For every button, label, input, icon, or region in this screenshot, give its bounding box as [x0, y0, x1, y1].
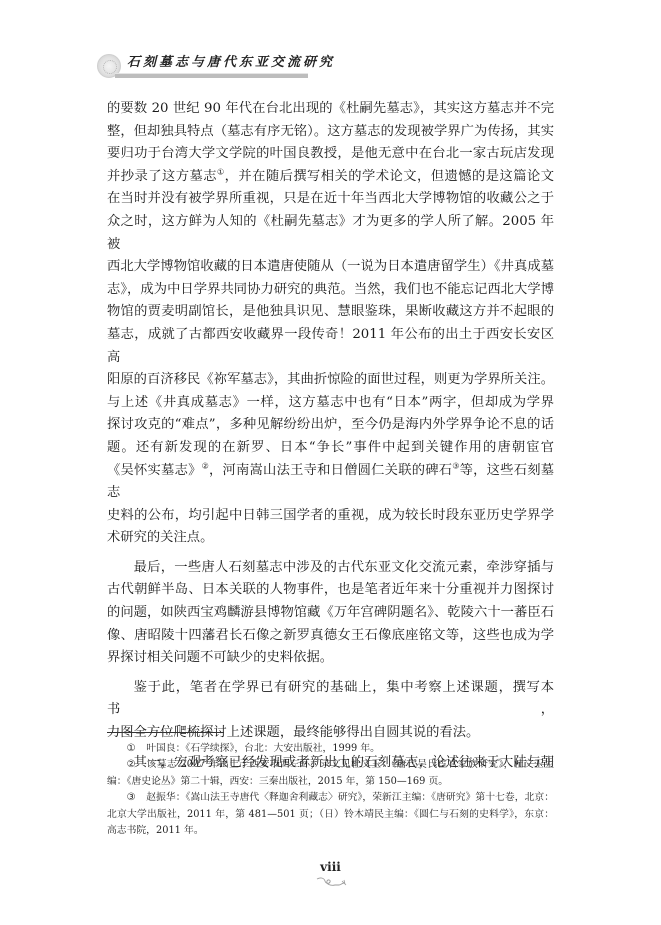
paragraph-line: 界探讨相关问题不可缺少的史料依据。	[107, 647, 554, 670]
body-line: 术研究的关注点。	[107, 527, 554, 550]
paragraph-line: 最后，一些唐人石刻墓志中涉及的古代东亚文化交流元素，牵涉穿插与	[107, 557, 554, 580]
body-line: 史料的公布，均引起中日韩三国学者的重视，成为较长时段东亚历史学界学	[107, 505, 554, 528]
header-rule	[115, 73, 308, 78]
body-text-span: 并抄录了这方墓志	[107, 169, 217, 184]
paragraph-line: 的问题，如陕西宝鸡麟游县博物馆藏《万年宫碑阴题名》、乾陵六十一蕃臣石	[107, 602, 554, 625]
running-header: 石刻墓志与唐代东亚交流研究	[97, 49, 312, 83]
footnote-ref-3[interactable]: ③	[452, 461, 459, 470]
body-line: 的要数 20 世纪 90 年代在台北出现的《杜嗣先墓志》，其实这方墓志并不完	[107, 98, 554, 121]
footnote-3: ③赵振华：《嵩山法王寺唐代〈释迦舍利藏志〉研究》，荣新江主编：《唐研究》第十七卷…	[107, 790, 554, 839]
body-line: 物馆的贾麦明副馆长，是他独具识见、慧眼鉴珠，果断收藏这方并不起眼的	[107, 301, 554, 324]
paragraph-line: 鉴于此，笔者在学界已有研究的基础上，集中考察上述课题，撰写本书，	[107, 677, 554, 722]
body-line: 并抄录了这方墓志①，并在随后撰写相关的学术论文，但遗憾的是这篇论文	[107, 166, 554, 189]
footnote-mark: ②	[127, 757, 147, 773]
body-line: 探讨攻克的“难点”，多种见解纷纷出炉，至今仍是海内外学界争论不息的话	[107, 414, 554, 437]
body-text-span: ，河南嵩山法王寺和日僧圆仁关联的碑石	[209, 463, 452, 478]
body-line: 墓志，成就了古都西安收藏界一段传奇！2011 年公布的出土于西安长安区高	[107, 324, 554, 369]
body-line: 阳原的百济移民《祢军墓志》，其曲折惊险的面世过程，则更为学界所关注。	[107, 369, 554, 392]
body-text: 的要数 20 世纪 90 年代在台北出现的《杜嗣先墓志》，其实这方墓志并不完 整…	[107, 98, 554, 774]
footnote-ref-1[interactable]: ①	[217, 167, 225, 176]
paragraph-line: 古代朝鲜半岛、日本关联的人物事件，也是笔者近年来十分重视并力图探讨	[107, 579, 554, 602]
body-line: 在当时并没有被学界所重视，只是在近十年当西北大学博物馆的收藏公之于	[107, 188, 554, 211]
footnote-1: ①叶国良：《石学续探》，台北：大安出版社，1999 年。	[107, 741, 554, 757]
footnote-separator	[107, 732, 224, 733]
footnote-text: 该墓志 2007 年出土于西安市西三环，录文见杜文玉：《唐代吴氏宦官家族研究》，…	[107, 759, 554, 786]
body-line: 题。还有新发现的在新罗、日本“争长”事件中起到关键作用的唐朝宦官	[107, 437, 554, 460]
footnote-text: 赵振华：《嵩山法王寺唐代〈释迦舍利藏志〉研究》，荣新江主编：《唐研究》第十七卷，…	[107, 792, 554, 836]
footnote-2: ②该墓志 2007 年出土于西安市西三环，录文见杜文玉：《唐代吴氏宦官家族研究》…	[107, 757, 554, 790]
body-line: 《吴怀实墓志》②，河南嵩山法王寺和日僧圆仁关联的碑石③等，这些石刻墓志	[107, 460, 554, 505]
body-line: 整，但却独具特点（墓志有序无铭）。这方墓志的发现被学界广为传扬，其实	[107, 121, 554, 144]
footnote-ref-2[interactable]: ②	[202, 461, 209, 470]
flourish-ornament-icon	[315, 876, 349, 888]
footnotes: ①叶国良：《石学续探》，台北：大安出版社，1999 年。 ②该墓志 2007 年…	[107, 741, 554, 839]
body-line: 要归功于台湾大学文学院的叶国良教授，是他无意中在台北一家古玩店发现	[107, 143, 554, 166]
footnote-mark: ③	[127, 790, 147, 806]
paragraph-line: 像、唐昭陵十四藩君长石像之新罗真德女王石像底座铭文等，这些也成为学	[107, 625, 554, 648]
page-number: viii	[0, 860, 661, 874]
body-line: 西北大学博物馆收藏的日本遣唐使随从（一说为日本遣唐留学生）《井真成墓	[107, 256, 554, 279]
body-text-span: ，并在随后撰写相关的学术论文，但遗憾的是这篇论文	[225, 169, 554, 184]
footnote-text: 叶国良：《石学续探》，台北：大安出版社，1999 年。	[146, 743, 380, 754]
body-text-span: 《吴怀实墓志》	[107, 463, 202, 478]
footnote-mark: ①	[127, 741, 147, 757]
running-title: 石刻墓志与唐代东亚交流研究	[127, 51, 335, 70]
body-line: 与上述《井真成墓志》一样，这方墓志中也有“日本”两字，但却成为学界	[107, 392, 554, 415]
body-line: 众之时，这方鲜为人知的《杜嗣先墓志》才为更多的学人所了解。2005 年被	[107, 211, 554, 256]
body-line: 志》，成为中日学界共同协力研究的典范。当然，我们也不能忘记西北大学博	[107, 279, 554, 302]
